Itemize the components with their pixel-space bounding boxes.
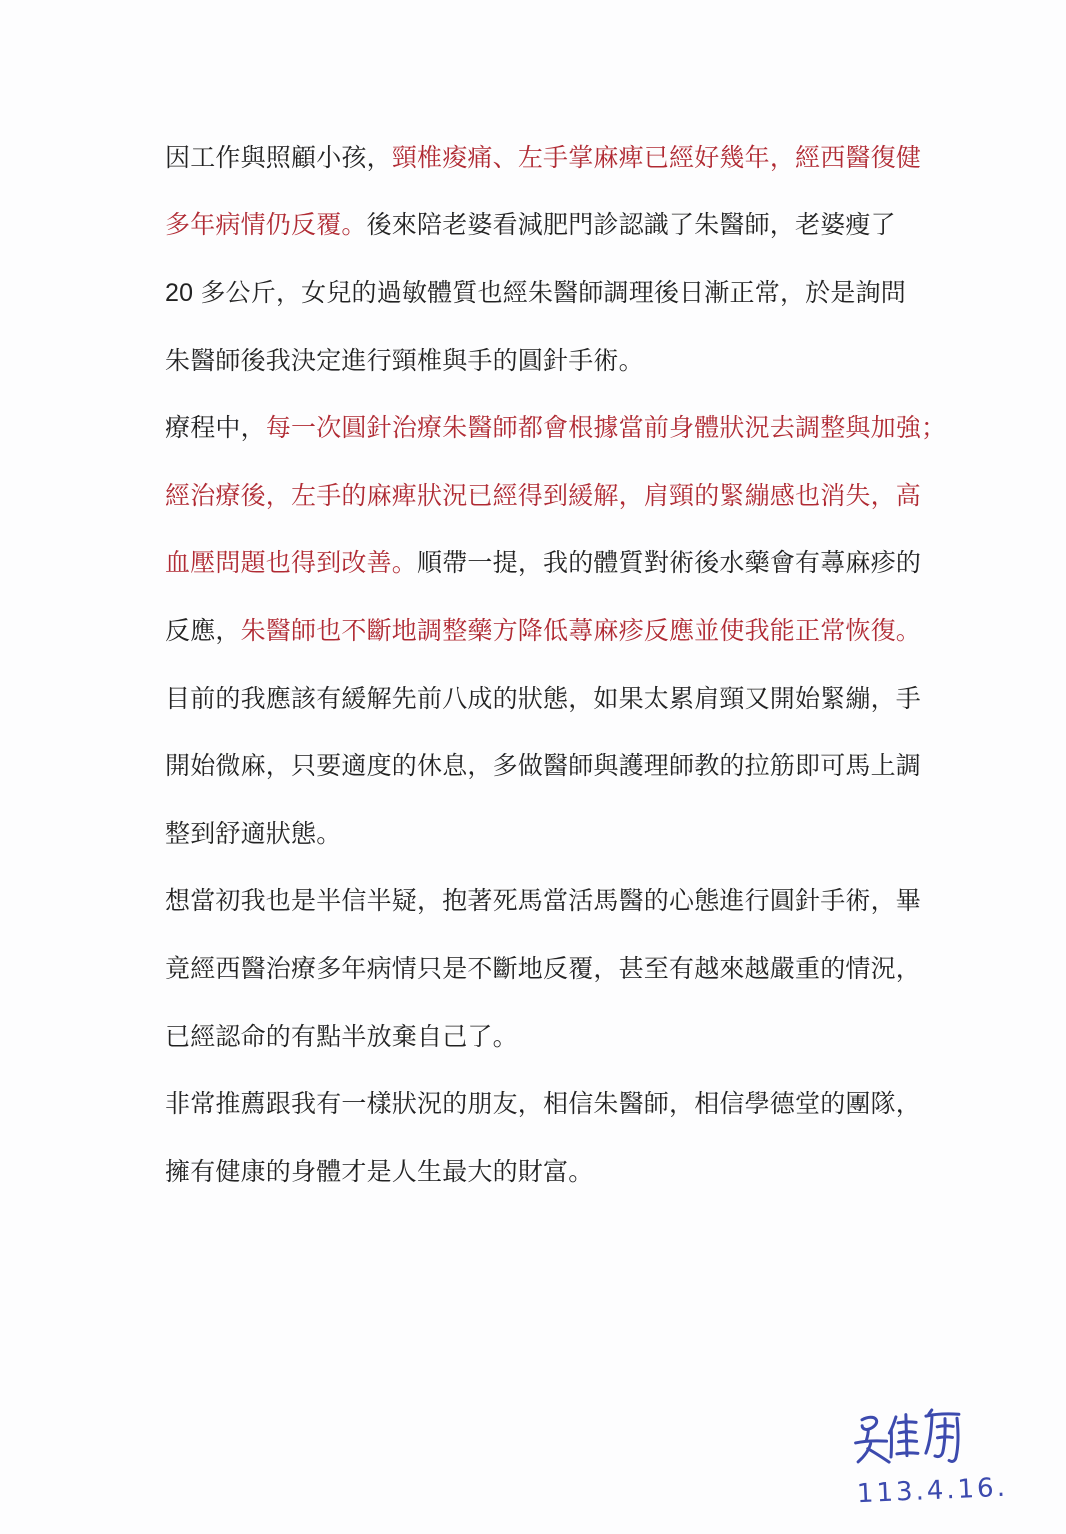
text-segment: 經治療後，左手的麻痺狀況已經得到緩解，肩頸的緊繃感也消失，高 bbox=[165, 476, 921, 512]
signature-block: 吳佳辰 113.4.16. bbox=[853, 1406, 1009, 1508]
text-segment: 已經認命的有點半放棄自己了。 bbox=[165, 1017, 518, 1053]
text-line: 擁有健康的身體才是人生最大的財富。 bbox=[165, 1136, 995, 1204]
text-segment: 整到舒適狀態。 bbox=[165, 814, 341, 850]
signature-date: 113.4.16. bbox=[856, 1473, 1008, 1510]
text-segment: 後來陪老婆看減肥門診認識了朱醫師，老婆瘦了 bbox=[367, 205, 896, 241]
text-line: 非常推薦跟我有一樣狀況的朋友，相信朱醫師，相信學德堂的團隊， bbox=[165, 1068, 995, 1136]
text-line: 多年病情仍反覆。後來陪老婆看減肥門診認識了朱醫師，老婆瘦了 bbox=[165, 190, 995, 258]
text-segment: 竟經西醫治療多年病情只是不斷地反覆，甚至有越來越嚴重的情況， bbox=[165, 949, 921, 985]
text-segment: 目前的我應該有緩解先前八成的狀態，如果太累肩頸又開始緊繃，手 bbox=[165, 679, 921, 715]
text-segment: 20 多公斤，女兒的過敏體質也經朱醫師調理後日漸正常，於是詢問 bbox=[165, 273, 906, 309]
text-segment: 非常推薦跟我有一樣狀況的朋友，相信朱醫師，相信學德堂的團隊， bbox=[165, 1084, 921, 1120]
text-segment: 頸椎痠痛、左手掌麻痺已經好幾年，經西醫復健 bbox=[392, 138, 921, 174]
handwritten-signature-name bbox=[853, 1407, 967, 1472]
text-segment: 朱醫師也不斷地調整藥方降低蕁麻疹反應並使我能正常恢復。 bbox=[241, 611, 921, 647]
text-segment: 每一次圓針治療朱醫師都會根據當前身體狀況去調整與加強； bbox=[266, 408, 946, 444]
text-line: 朱醫師後我決定進行頸椎與手的圓針手術。 bbox=[165, 325, 995, 393]
text-line: 血壓問題也得到改善。順帶一提，我的體質對術後水藥會有蕁麻疹的 bbox=[165, 528, 995, 596]
text-segment: 因工作與照顧小孩， bbox=[165, 138, 392, 174]
text-line: 已經認命的有點半放棄自己了。 bbox=[165, 1001, 995, 1069]
text-segment: 療程中， bbox=[165, 408, 266, 444]
text-line: 經治療後，左手的麻痺狀況已經得到緩解，肩頸的緊繃感也消失，高 bbox=[165, 460, 995, 528]
text-line: 開始微麻，只要適度的休息，多做醫師與護理師教的拉筋即可馬上調 bbox=[165, 730, 995, 798]
text-segment: 朱醫師後我決定進行頸椎與手的圓針手術。 bbox=[165, 341, 644, 377]
text-segment: 順帶一提，我的體質對術後水藥會有蕁麻疹的 bbox=[417, 543, 921, 579]
text-segment: 開始微麻，只要適度的休息，多做醫師與護理師教的拉筋即可馬上調 bbox=[165, 746, 921, 782]
scanned-testimonial-page: 因工作與照顧小孩，頸椎痠痛、左手掌麻痺已經好幾年，經西醫復健多年病情仍反覆。後來… bbox=[0, 0, 1066, 1534]
text-segment: 想當初我也是半信半疑，抱著死馬當活馬醫的心態進行圓針手術，畢 bbox=[165, 881, 921, 917]
text-line: 因工作與照顧小孩，頸椎痠痛、左手掌麻痺已經好幾年，經西醫復健 bbox=[165, 122, 995, 190]
text-line: 反應，朱醫師也不斷地調整藥方降低蕁麻疹反應並使我能正常恢復。 bbox=[165, 595, 995, 663]
text-segment: 血壓問題也得到改善。 bbox=[165, 543, 417, 579]
text-line: 目前的我應該有緩解先前八成的狀態，如果太累肩頸又開始緊繃，手 bbox=[165, 663, 995, 731]
text-line: 竟經西醫治療多年病情只是不斷地反覆，甚至有越來越嚴重的情況， bbox=[165, 933, 995, 1001]
testimonial-text: 因工作與照顧小孩，頸椎痠痛、左手掌麻痺已經好幾年，經西醫復健多年病情仍反覆。後來… bbox=[165, 122, 995, 1204]
text-line: 20 多公斤，女兒的過敏體質也經朱醫師調理後日漸正常，於是詢問 bbox=[165, 257, 995, 325]
text-line: 療程中，每一次圓針治療朱醫師都會根據當前身體狀況去調整與加強； bbox=[165, 392, 995, 460]
text-segment: 多年病情仍反覆。 bbox=[165, 205, 367, 241]
text-segment: 反應， bbox=[165, 611, 241, 647]
text-line: 想當初我也是半信半疑，抱著死馬當活馬醫的心態進行圓針手術，畢 bbox=[165, 866, 995, 934]
text-line: 整到舒適狀態。 bbox=[165, 798, 995, 866]
text-segment: 擁有健康的身體才是人生最大的財富。 bbox=[165, 1152, 593, 1188]
